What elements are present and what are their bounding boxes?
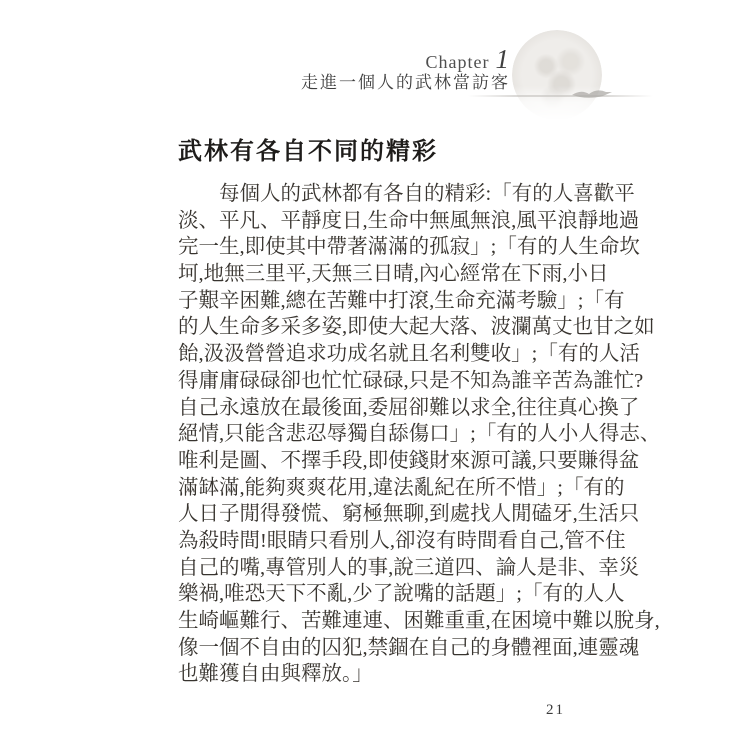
book-page: Chapter1 走進一個人的武林當訪客 武林有各自不同的精彩 每個人的武林都有… [0, 0, 750, 750]
body-line: 唯利是圖、不擇手段,即使錢財來源可議,只要賺得盆 [178, 448, 576, 475]
body-line: 絕情,只能含悲忍辱獨自舔傷口」;「有的人小人得志、 [178, 421, 576, 448]
body-line: 每個人的武林都有各自的精彩:「有的人喜歡平 [178, 181, 576, 208]
body-line: 完一生,即使其中帶著滿滿的孤寂」;「有的人生命坎 [178, 234, 576, 261]
body-line: 人日子閒得發慌、窮極無聊,到處找人閒磕牙,生活只 [178, 501, 576, 528]
moon-icon [512, 30, 602, 120]
body-line: 樂禍,唯恐天下不亂,少了說嘴的話題」;「有的人人 [178, 581, 576, 608]
section-title: 武林有各自不同的精彩 [178, 131, 438, 166]
horizon-line [468, 95, 653, 97]
body-line: 滿缽滿,能夠爽爽花用,違法亂紀在所不惜」;「有的 [178, 475, 576, 502]
body-line: 坷,地無三里平,天無三日晴,內心經常在下雨,小日 [178, 261, 576, 288]
body-line: 淡、平凡、平靜度日,生命中無風無浪,風平浪靜地過 [178, 208, 576, 235]
body-line: 得庸庸碌碌卻也忙忙碌碌,只是不知為誰辛苦為誰忙? [178, 368, 576, 395]
bird-icon [570, 86, 614, 102]
body-line: 的人生命多采多姿,即使大起大落、波瀾萬丈也甘之如 [178, 314, 576, 341]
body-line: 為殺時間!眼睛只看別人,卻沒有時間看自己,管不住 [178, 528, 576, 555]
body-line: 自己的嘴,專管別人的事,說三道四、論人是非、幸災 [178, 555, 576, 582]
body-line: 自己永遠放在最後面,委屈卻難以求全,往往真心換了 [178, 395, 576, 422]
body-line: 生崎嶇難行、苦難連連、困難重重,在困境中難以脫身, [178, 608, 576, 635]
body-paragraph: 每個人的武林都有各自的精彩:「有的人喜歡平淡、平凡、平靜度日,生命中無風無浪,風… [178, 181, 576, 688]
body-line: 飴,汲汲營營追求功成名就且名利雙收」;「有的人活 [178, 341, 576, 368]
body-line: 也難獲自由與釋放。」 [178, 661, 576, 688]
body-line: 子艱辛困難,總在苦難中打滾,生命充滿考驗」;「有 [178, 288, 576, 315]
chapter-subtitle: 走進一個人的武林當訪客 [301, 68, 510, 93]
page-number: 21 [546, 702, 565, 719]
body-line: 像一個不自由的囚犯,禁錮在自己的身體裡面,連靈魂 [178, 635, 576, 662]
